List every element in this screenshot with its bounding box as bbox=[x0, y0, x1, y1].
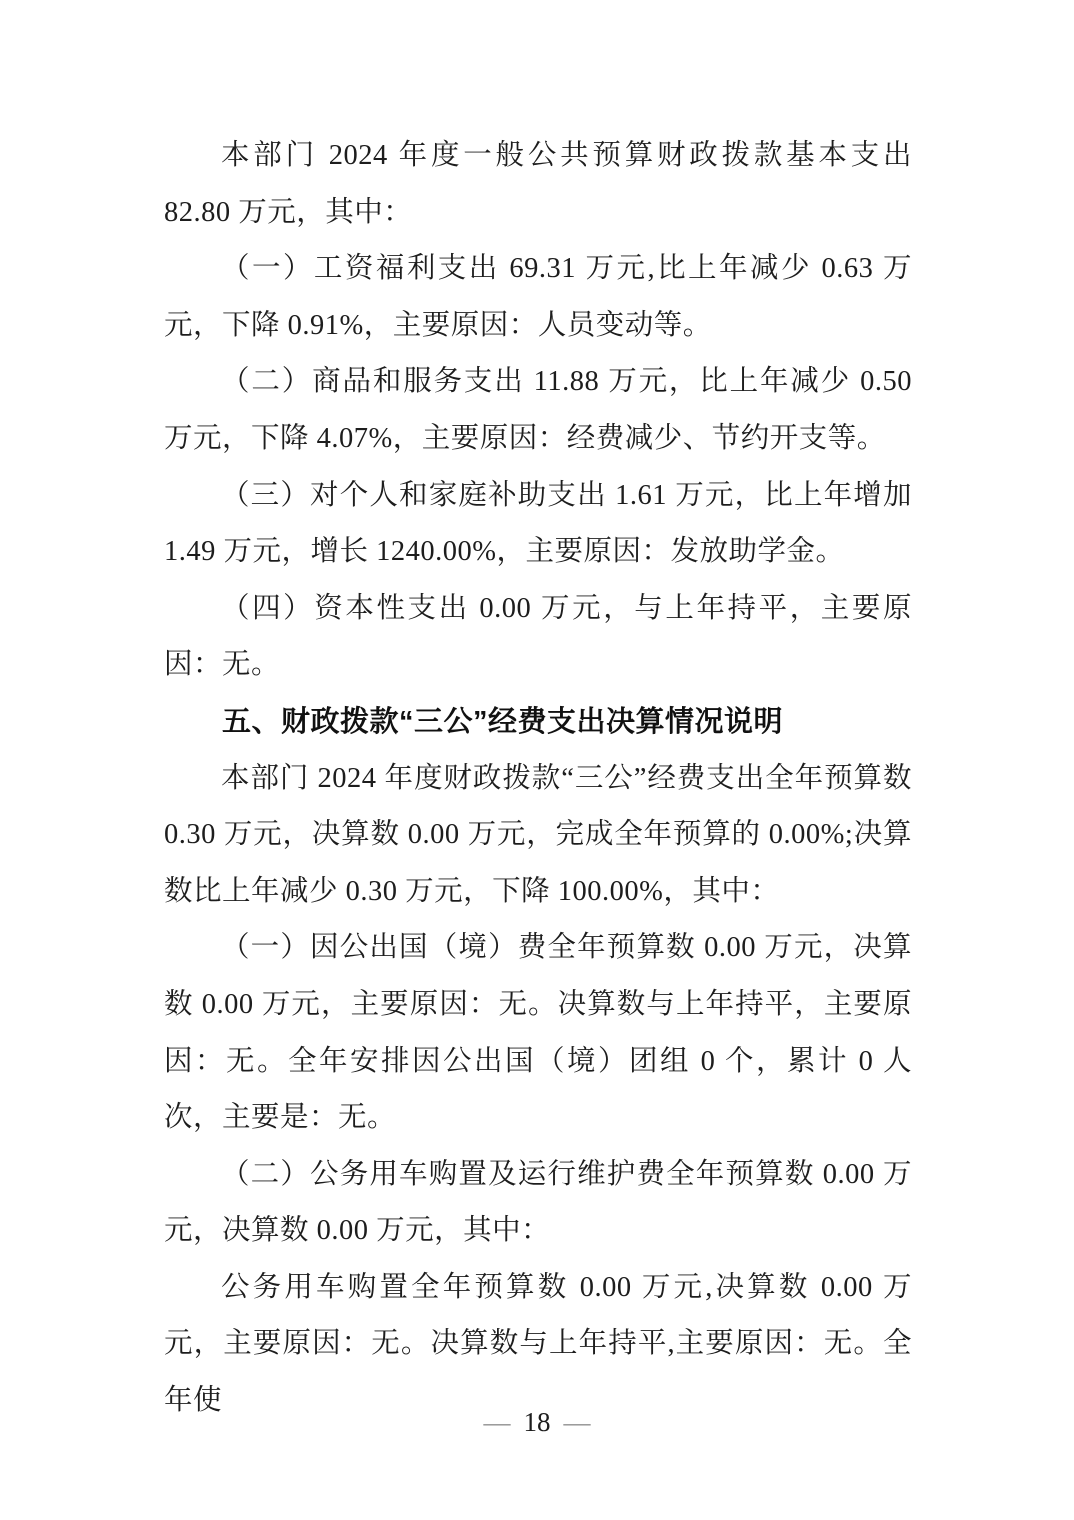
page-number: 18 bbox=[524, 1407, 551, 1437]
paragraph-three-public-overview: 本部门 2024 年度财政拨款“三公”经费支出全年预算数 0.30 万元，决算数… bbox=[164, 751, 912, 921]
document-page: 本部门 2024 年度一般公共预算财政拨款基本支出 82.80 万元，其中： （… bbox=[0, 0, 1074, 1520]
paragraph-overseas-trips-expense: （一）因公出国（境）费全年预算数 0.00 万元，决算数 0.00 万元，主要原… bbox=[164, 920, 912, 1146]
document-body: 本部门 2024 年度一般公共预算财政拨款基本支出 82.80 万元，其中： （… bbox=[164, 128, 912, 1430]
paragraph-item-1-wages-welfare: （一）工资福利支出 69.31 万元,比上年减少 0.63 万元，下降 0.91… bbox=[164, 241, 912, 354]
footer-right-dash: — bbox=[551, 1407, 604, 1437]
section-heading-three-public-expenses: 五、财政拨款“三公”经费支出决算情况说明 bbox=[164, 694, 912, 751]
paragraph-item-3-individual-family-subsidies: （三）对个人和家庭补助支出 1.61 万元，比上年增加 1.49 万元，增长 1… bbox=[164, 468, 912, 581]
paragraph-official-vehicles-expense: （二）公务用车购置及运行维护费全年预算数 0.00 万元，决算数 0.00 万元… bbox=[164, 1147, 912, 1260]
page-footer: —18— bbox=[0, 1400, 1074, 1444]
paragraph-item-4-capital-expenditure: （四）资本性支出 0.00 万元，与上年持平，主要原因：无。 bbox=[164, 581, 912, 694]
paragraph-basic-expenditure-total: 本部门 2024 年度一般公共预算财政拨款基本支出 82.80 万元，其中： bbox=[164, 128, 912, 241]
paragraph-item-2-goods-services: （二）商品和服务支出 11.88 万元，比上年减少 0.50 万元，下降 4.0… bbox=[164, 354, 912, 467]
footer-left-dash: — bbox=[471, 1407, 524, 1437]
